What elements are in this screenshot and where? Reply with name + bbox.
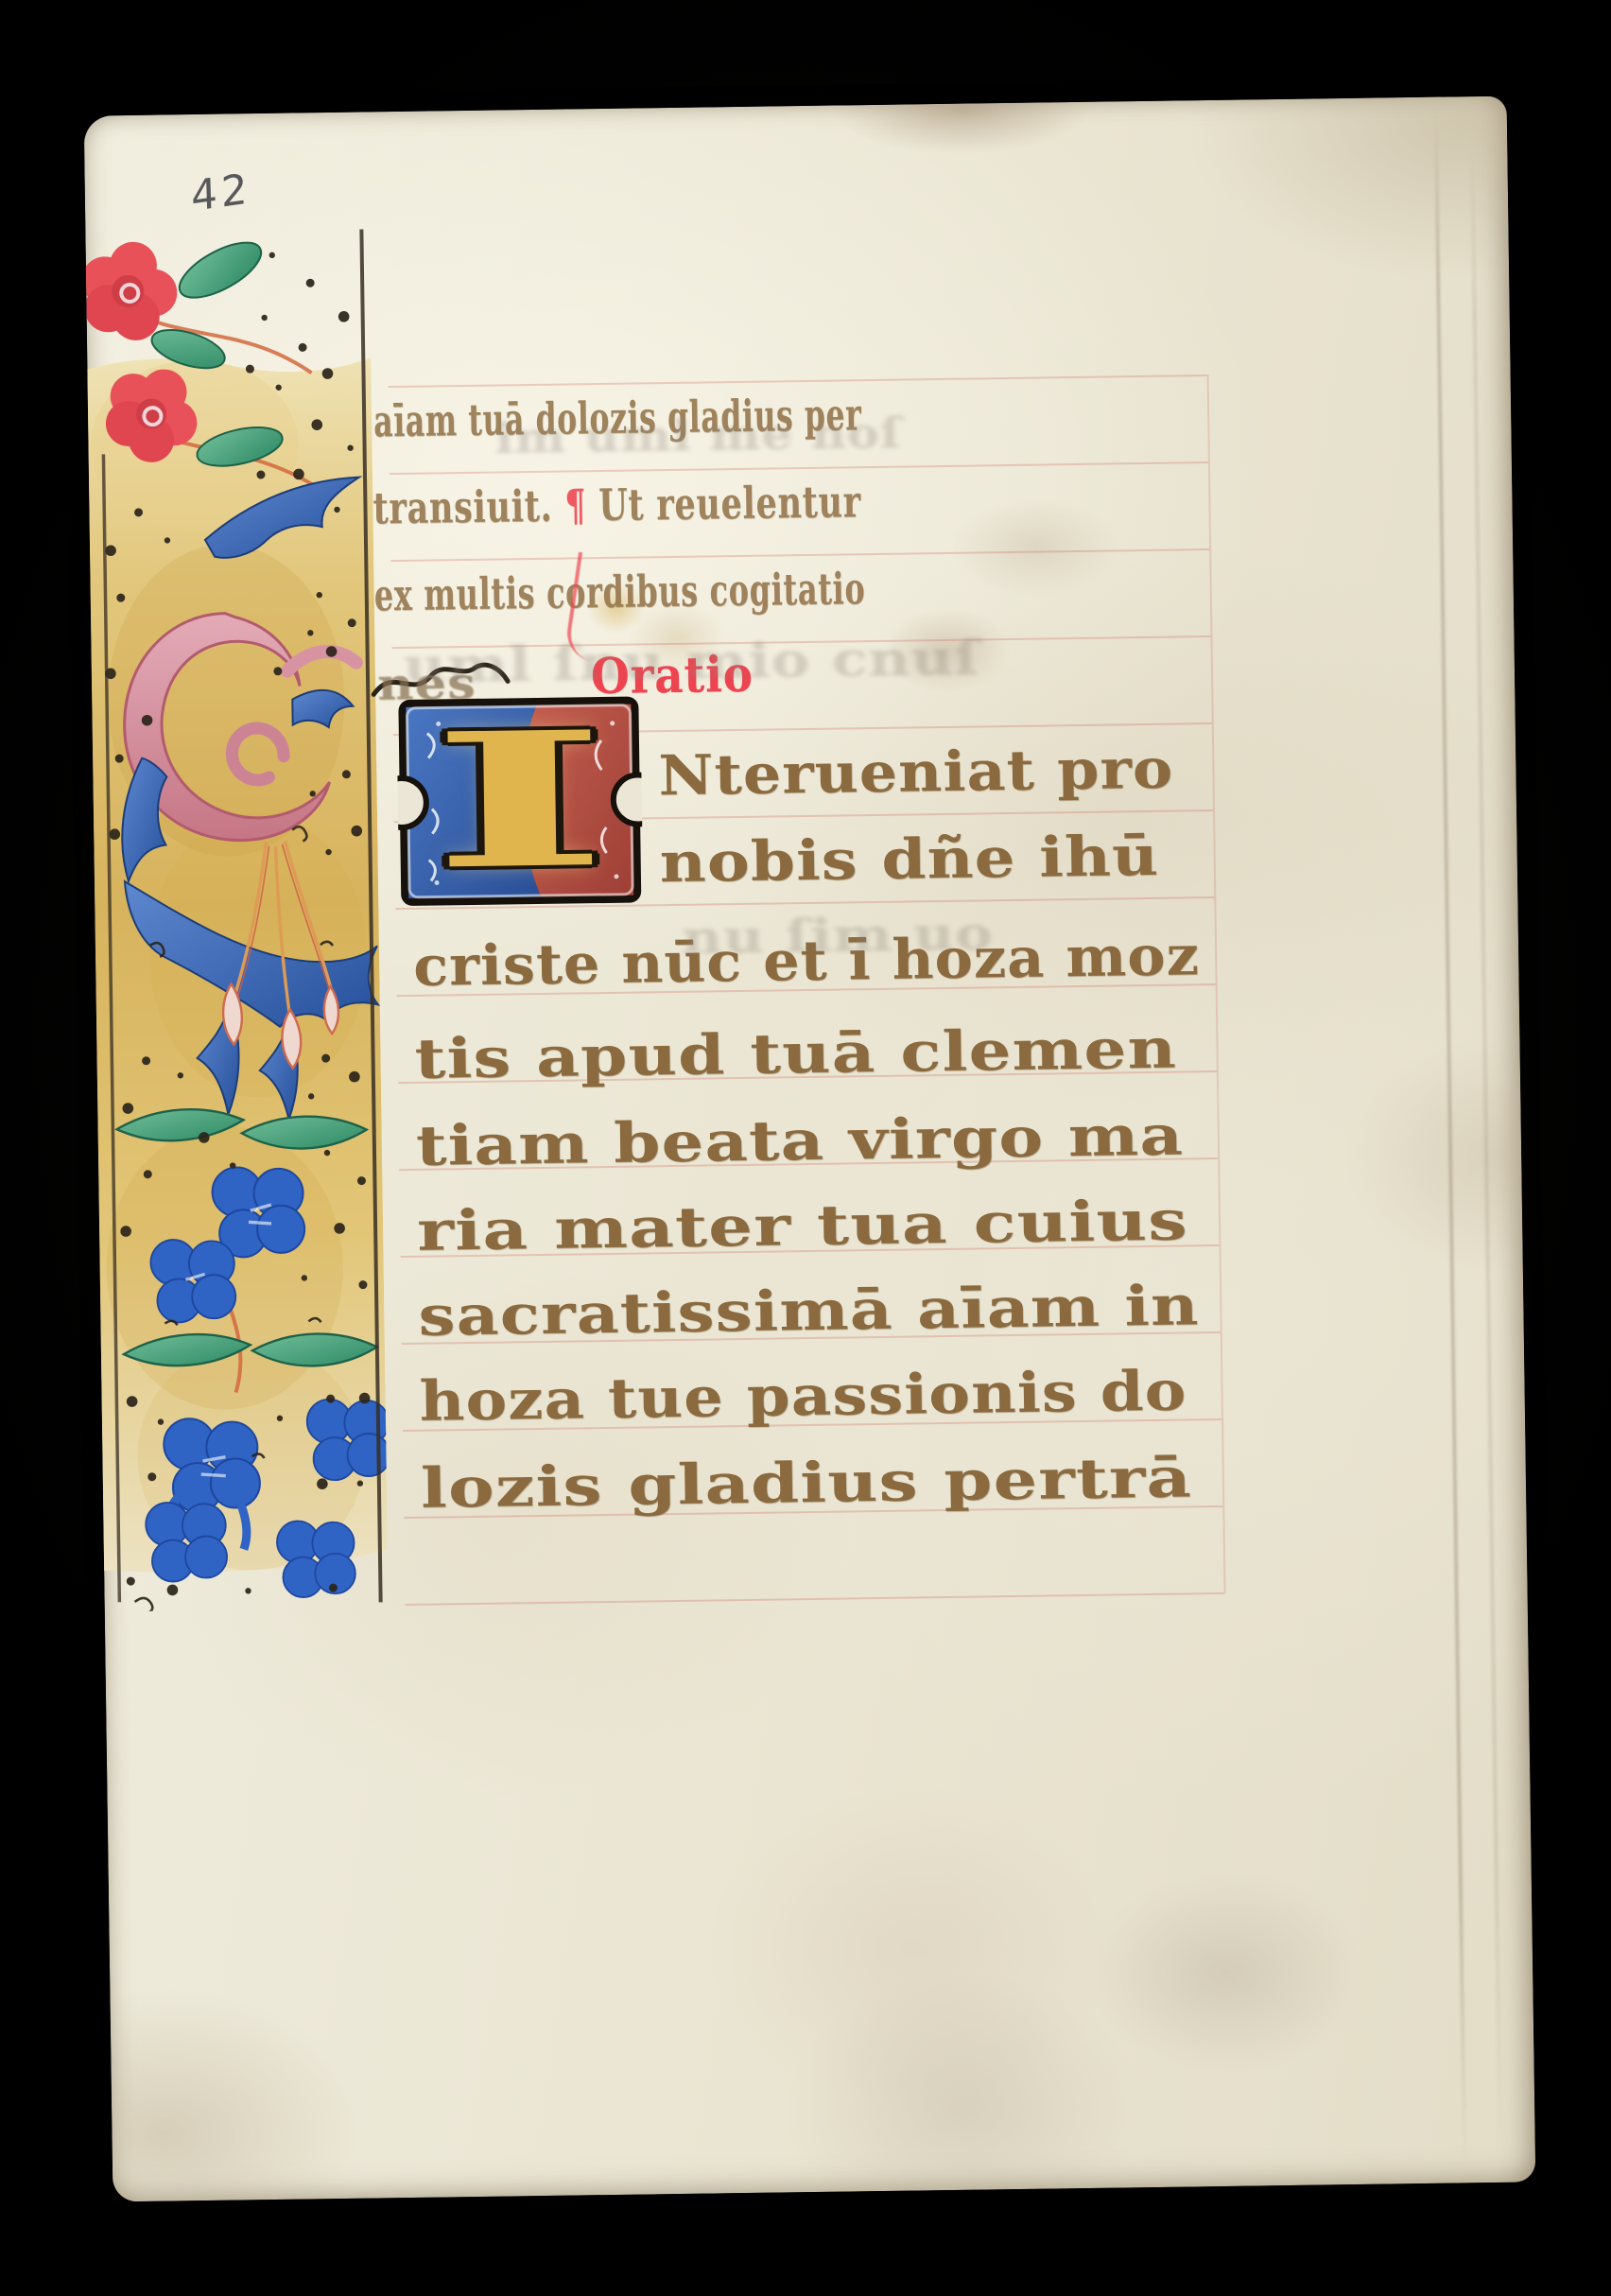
show-through-3-text: nu ſim uo <box>681 907 994 965</box>
vertical-crease <box>1434 116 1466 2168</box>
line-prayer-7: sacratissimā aīam in <box>418 1273 1200 1348</box>
line-prayer-8-text: hoza tue passionis do <box>419 1358 1187 1433</box>
line-prayer-2-text: nobis dñe ihū <box>659 824 1159 895</box>
show-through-2: uml ſnu mio cnuſ <box>403 629 980 693</box>
ruled-line <box>389 374 1207 388</box>
line-verse-3-text: ex multis cordibus cogitatio <box>373 563 865 620</box>
line-verse-2-text: transiuit. <box>372 480 553 534</box>
line-verse-3: ex multis cordibus cogitatio <box>373 563 865 620</box>
folio-number: 42 <box>190 165 251 221</box>
line-verse-2-text: Ut reuelentur <box>598 476 861 531</box>
show-through-1-text: im uml me noſ <box>494 409 902 463</box>
show-through-2-text: uml ſnu mio cnuſ <box>403 629 980 693</box>
line-verse-2: transiuit. ¶ Ut reuelentur <box>372 476 861 533</box>
show-through-1: im uml me noſ <box>494 409 902 463</box>
line-prayer-6: ria mater tua cuius <box>417 1188 1189 1262</box>
line-prayer-1: Nterueniat pro <box>658 737 1174 809</box>
text-block: aīam tuā dolozis gladius pertransiuit. ¶… <box>84 96 1507 116</box>
line-prayer-9-text: lozis gladius pertrā <box>420 1445 1192 1520</box>
line-prayer-8: hoza tue passionis do <box>419 1358 1187 1433</box>
ruling-lines <box>84 96 1507 116</box>
line-prayer-4: tis apud tuā clemen <box>414 1017 1177 1091</box>
line-verse-2-text: ¶ <box>552 479 599 531</box>
initial-letter: I <box>396 694 643 908</box>
line-prayer-4-text: tis apud tuā clemen <box>414 1017 1177 1091</box>
vertical-crease-2 <box>1470 153 1501 2139</box>
show-through-3: nu ſim uo <box>681 907 994 965</box>
line-prayer-5: tiam beata virgo ma <box>415 1103 1184 1177</box>
illuminated-floral-border <box>84 225 389 1611</box>
ruled-line <box>390 461 1208 475</box>
line-prayer-6-text: ria mater tua cuius <box>417 1188 1189 1262</box>
photograph-of-manuscript-leaf: 42 <box>0 0 1611 2296</box>
ruled-line <box>390 548 1209 562</box>
vellum-page: 42 <box>84 96 1536 2202</box>
border-artwork <box>84 225 389 1611</box>
line-prayer-9: lozis gladius pertrā <box>420 1445 1192 1520</box>
line-prayer-5-text: tiam beata virgo ma <box>415 1103 1184 1177</box>
illuminated-initial-I: I <box>396 694 643 908</box>
ruled-line <box>406 1592 1224 1606</box>
line-prayer-7-text: sacratissimā aīam in <box>418 1273 1200 1348</box>
line-prayer-2: nobis dñe ihū <box>659 824 1159 895</box>
line-prayer-1-text: Nterueniat pro <box>658 737 1174 809</box>
